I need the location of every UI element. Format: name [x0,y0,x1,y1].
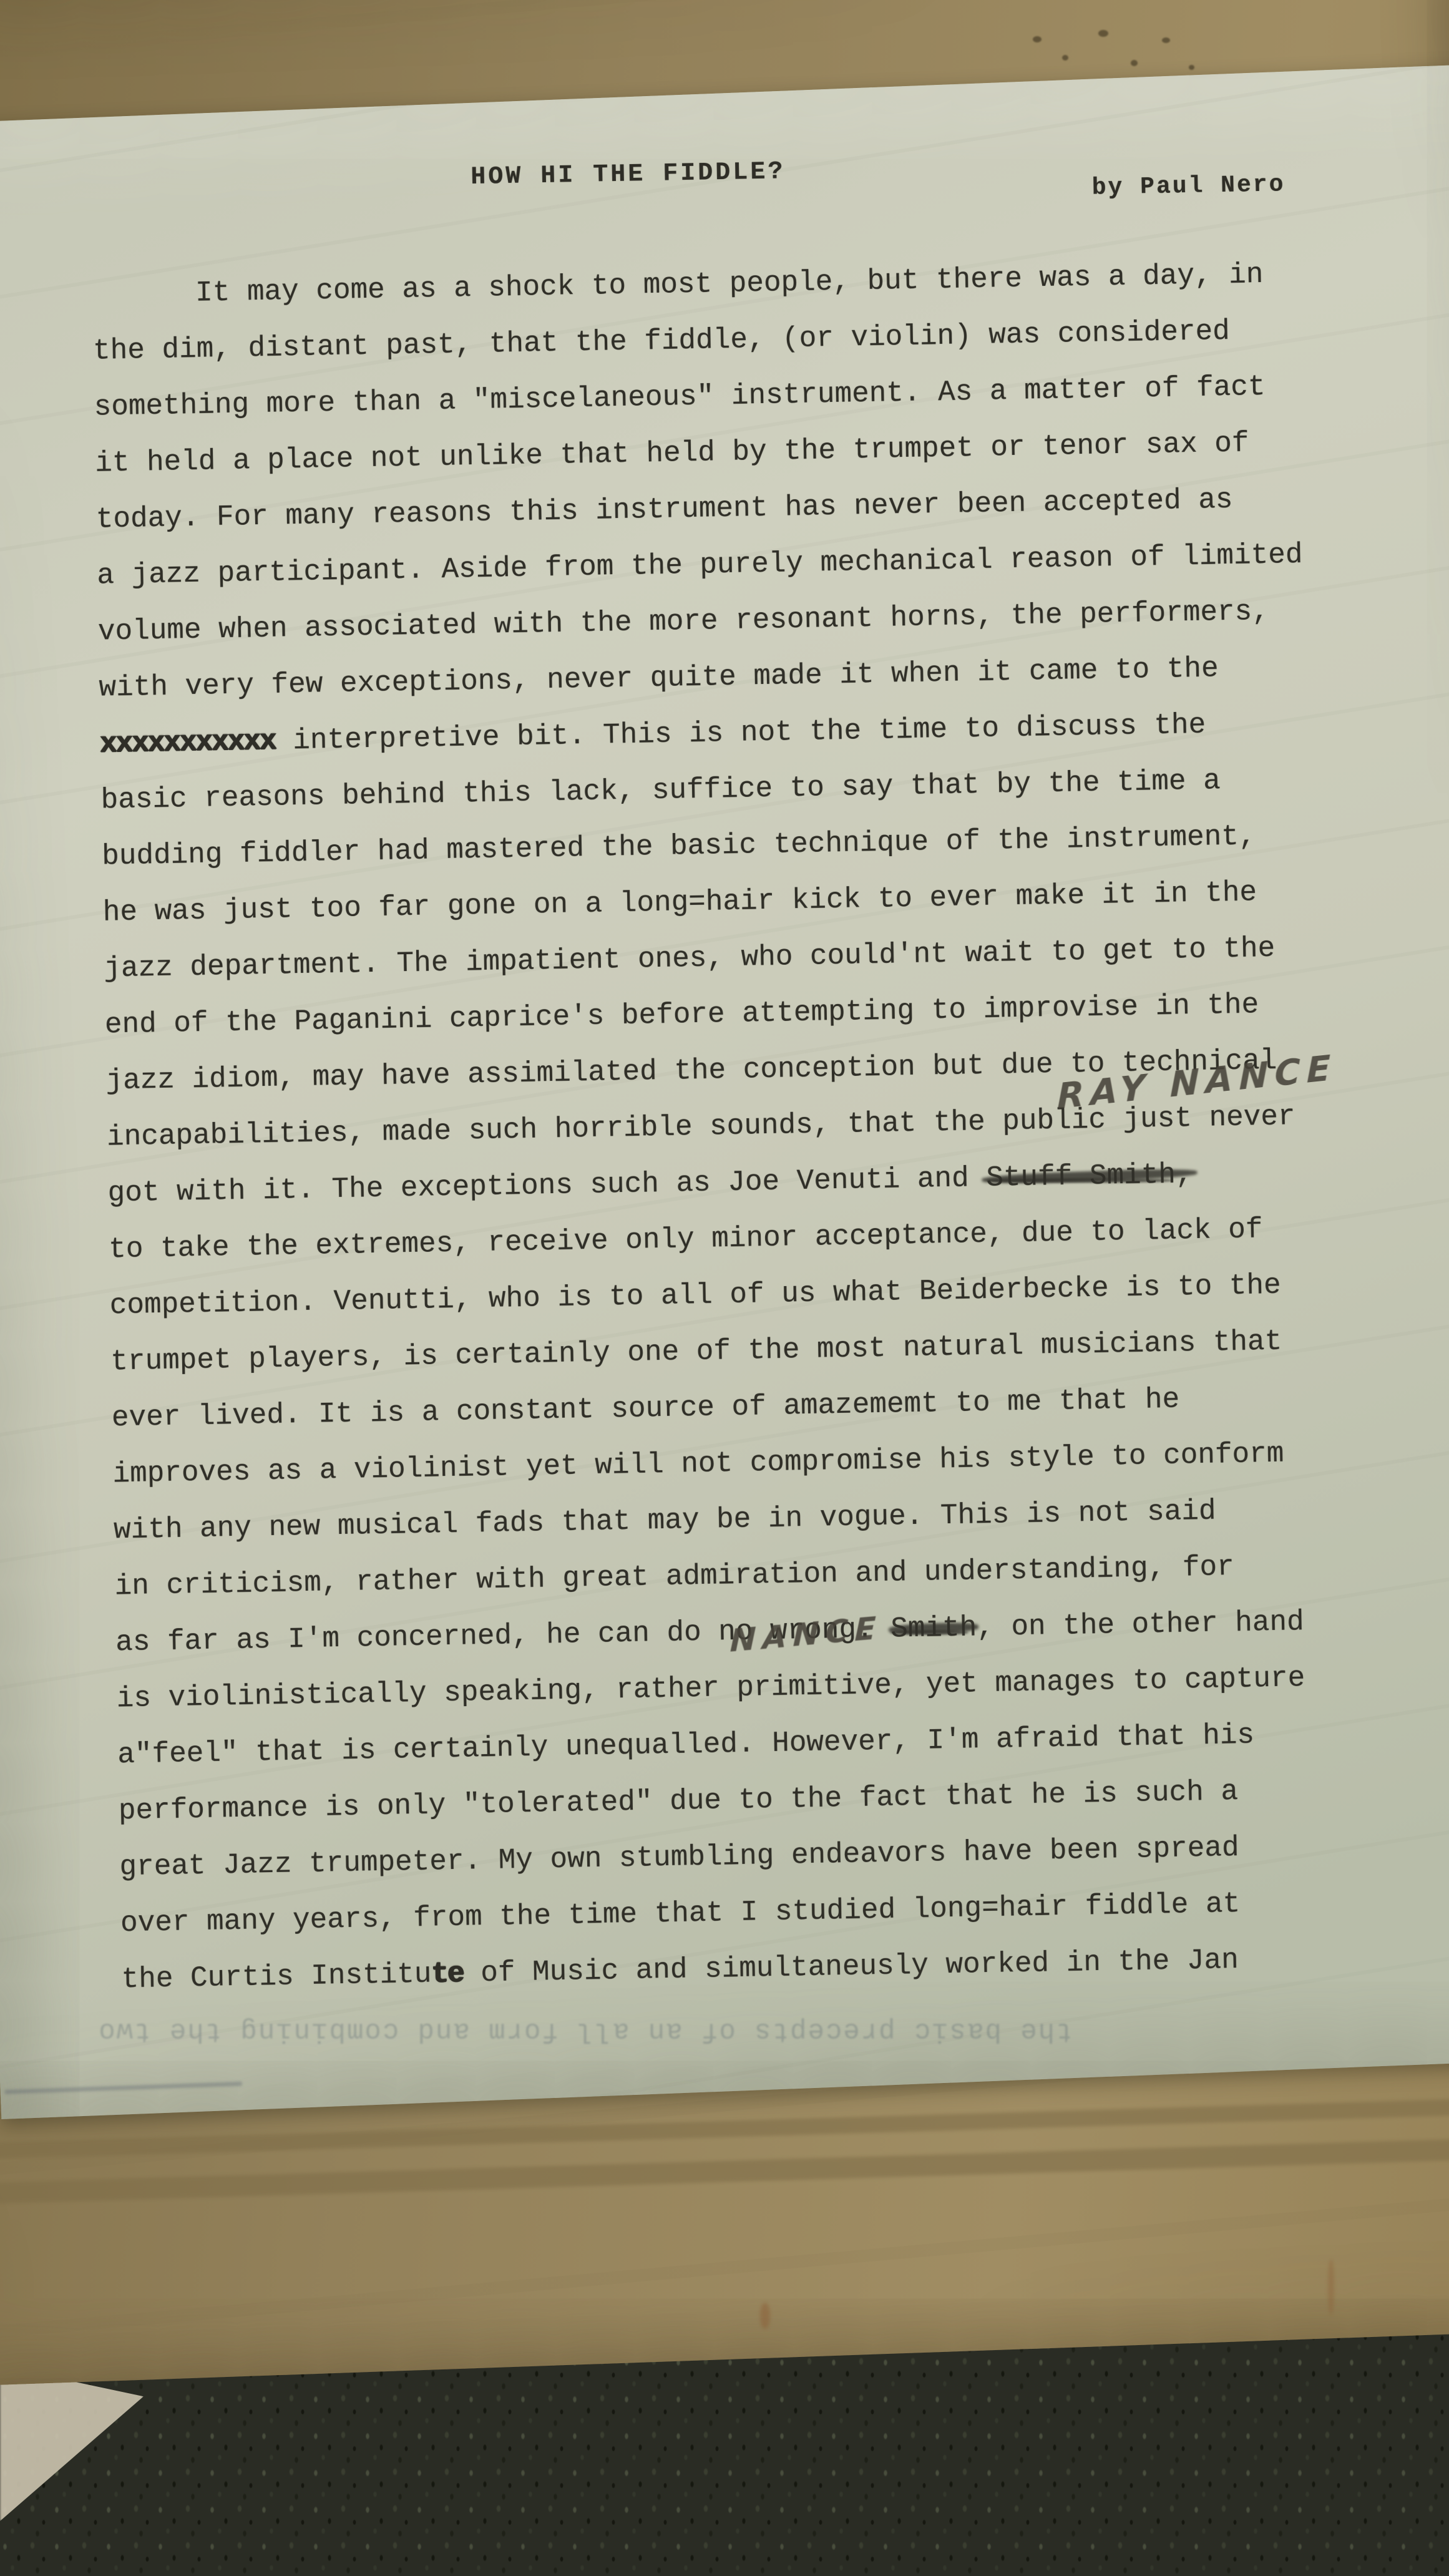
typed-text: of Music and simultaneusly worked in the… [463,1944,1239,1990]
overstruck-text: xxxxxxxxxxx [100,725,276,761]
typed-text: with any new musical fads that may be in… [114,1495,1216,1547]
typed-lines: It may come as a shock to most people, b… [92,246,1328,2008]
typed-text: in criticism, rather with great admirati… [114,1551,1234,1603]
typed-text: interpretive bit. This is not the time t… [275,709,1206,758]
typed-text: budding fiddler had mastered the basic t… [102,820,1256,872]
typed-page: HOW HI THE FIDDLE? by Paul Nero It may c… [0,65,1449,2119]
typed-text: he was just too far gone on a long=hair … [102,876,1257,929]
typed-text: , on the other hand [977,1606,1304,1644]
typed-text: It may come as a shock to most people, b… [92,258,1264,311]
typed-text: over many years, from the time that I st… [120,1888,1241,1939]
typed-text: jazz department. The impatient ones, who… [104,932,1276,985]
typed-text: trumpet players, is certainly one of the… [110,1325,1282,1378]
typed-text: performance is only "tolerated" due to t… [119,1775,1239,1827]
overstruck-text: te [431,1958,464,1991]
typed-text: great Jazz trumpeter. My own stumbling e… [119,1832,1239,1883]
byline: by Paul Nero [1091,171,1285,201]
typed-text: volume when associated with the more res… [98,595,1270,648]
typed-text: something more than a "miscelaneous" ins… [94,371,1266,424]
page-content: HOW HI THE FIDDLE? by Paul Nero It may c… [0,80,1449,2104]
page-title: HOW HI THE FIDDLE? [471,158,786,192]
typed-text: today. For many reasons this instrument … [95,484,1233,536]
typed-text: basic reasons behind this lack, suffice … [100,764,1221,816]
typed-text: ever lived. It is a constant source of a… [112,1383,1180,1435]
stain-mark [760,2303,770,2329]
crossed-out-text: Stuff Smith, [986,1158,1193,1194]
typed-text: the dim, distant past, that the fiddle, … [93,315,1231,368]
bleed-through-smudge [5,2082,242,2094]
typed-text: the Curtis Institu [121,1958,432,1996]
typed-text: to take the extremes, receive only minor… [109,1213,1263,1266]
typed-text: end of the Paganini caprice's before att… [105,988,1259,1041]
typed-text: is violinistically speaking, rather prim… [116,1662,1305,1715]
typed-text: got with it. The exceptions such as Joe … [107,1162,987,1210]
typed-text: a jazz participant. Aside from the purel… [97,539,1303,592]
photo-of-typed-page: HOW HI THE FIDDLE? by Paul Nero It may c… [0,0,1449,2576]
crossed-out-text: Smith [890,1611,977,1645]
typed-text: a"feel" that is certainly unequalled. Ho… [117,1719,1255,1772]
typed-text: competition. Venutti, who is to all of u… [109,1269,1281,1322]
typed-text: with very few exceptions, never quite ma… [99,652,1219,704]
stain-mark [1328,2259,1334,2315]
bleed-through-text: the basic precepts of an all form and co… [97,2008,1009,2067]
typed-text: it held a place not unlike that held by … [95,427,1249,479]
typed-text: improves as a violinist yet will not com… [112,1438,1284,1491]
